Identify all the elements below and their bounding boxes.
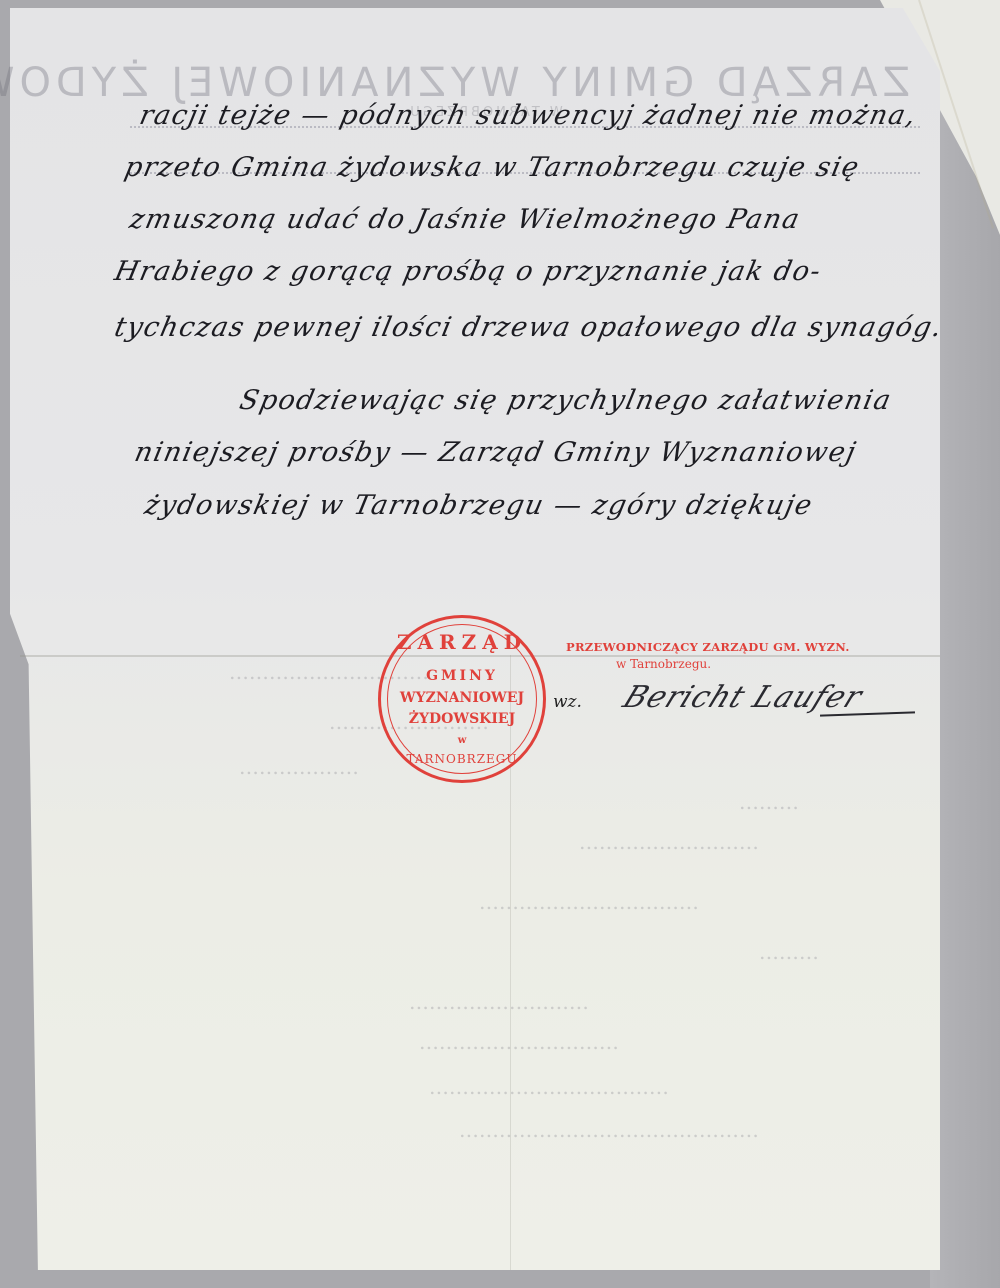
bleed-through-line: ……………… [238, 755, 362, 779]
bleed-through-line: ……………………… [578, 830, 762, 854]
stamp-top-text: ZARZĄD [381, 630, 543, 654]
bleed-through-line: ……………………………………… [458, 1118, 762, 1142]
stamp-line: GMINY [381, 668, 543, 684]
bleed-through-line: ……………………… [408, 990, 592, 1014]
body-line: żydowskiej w Tarnobrzegu — zgóry dziękuj… [142, 490, 816, 521]
chairman-stamp-title: PRZEWODNICZĄCY ZARZĄDU GM. WYZN. [566, 640, 850, 654]
stamp-line: WYZNANIOWEJ [381, 690, 543, 706]
body-line: tychczas pewnej ilości drzewa opałowego … [112, 312, 946, 343]
body-line: niniejszej prośby — Zarząd Gminy Wyznani… [132, 437, 860, 468]
bleed-through-line: …………………………… [478, 890, 702, 914]
stamp-line: ŻYDOWSKIEJ [381, 711, 543, 727]
bleed-through-line: ……… [738, 790, 802, 814]
community-seal-stamp: ZARZĄD GMINY WYZNANIOWEJ ŻYDOWSKIEJ w TA… [378, 615, 546, 783]
signature-prefix: wz. [553, 692, 582, 712]
stamp-bottom-text: TARNOBRZEGU [381, 752, 543, 766]
body-line: Hrabiego z gorącą prośbą o przyznanie ja… [112, 256, 825, 287]
bleed-through-line: ………………………… [418, 1030, 622, 1054]
body-line: racji tejże — pódnych subwencyj żadnej n… [137, 100, 920, 131]
bleed-through-line: ……… [758, 940, 822, 964]
signature: Bericht Laufer [618, 680, 868, 715]
chairman-stamp: PRZEWODNICZĄCY ZARZĄDU GM. WYZN. w Tarno… [566, 640, 850, 671]
body-line: przeto Gmina żydowska w Tarnobrzegu czuj… [122, 152, 863, 183]
body-line: zmuszoną udać do Jaśnie Wielmożnego Pana [127, 204, 804, 235]
chairman-stamp-location: w Tarnobrzegu. [616, 657, 850, 671]
stamp-line: w [381, 735, 543, 746]
bleed-through-line: ……………………………… [428, 1075, 672, 1099]
body-line: Spodziewając się przychylnego załatwieni… [237, 385, 895, 416]
